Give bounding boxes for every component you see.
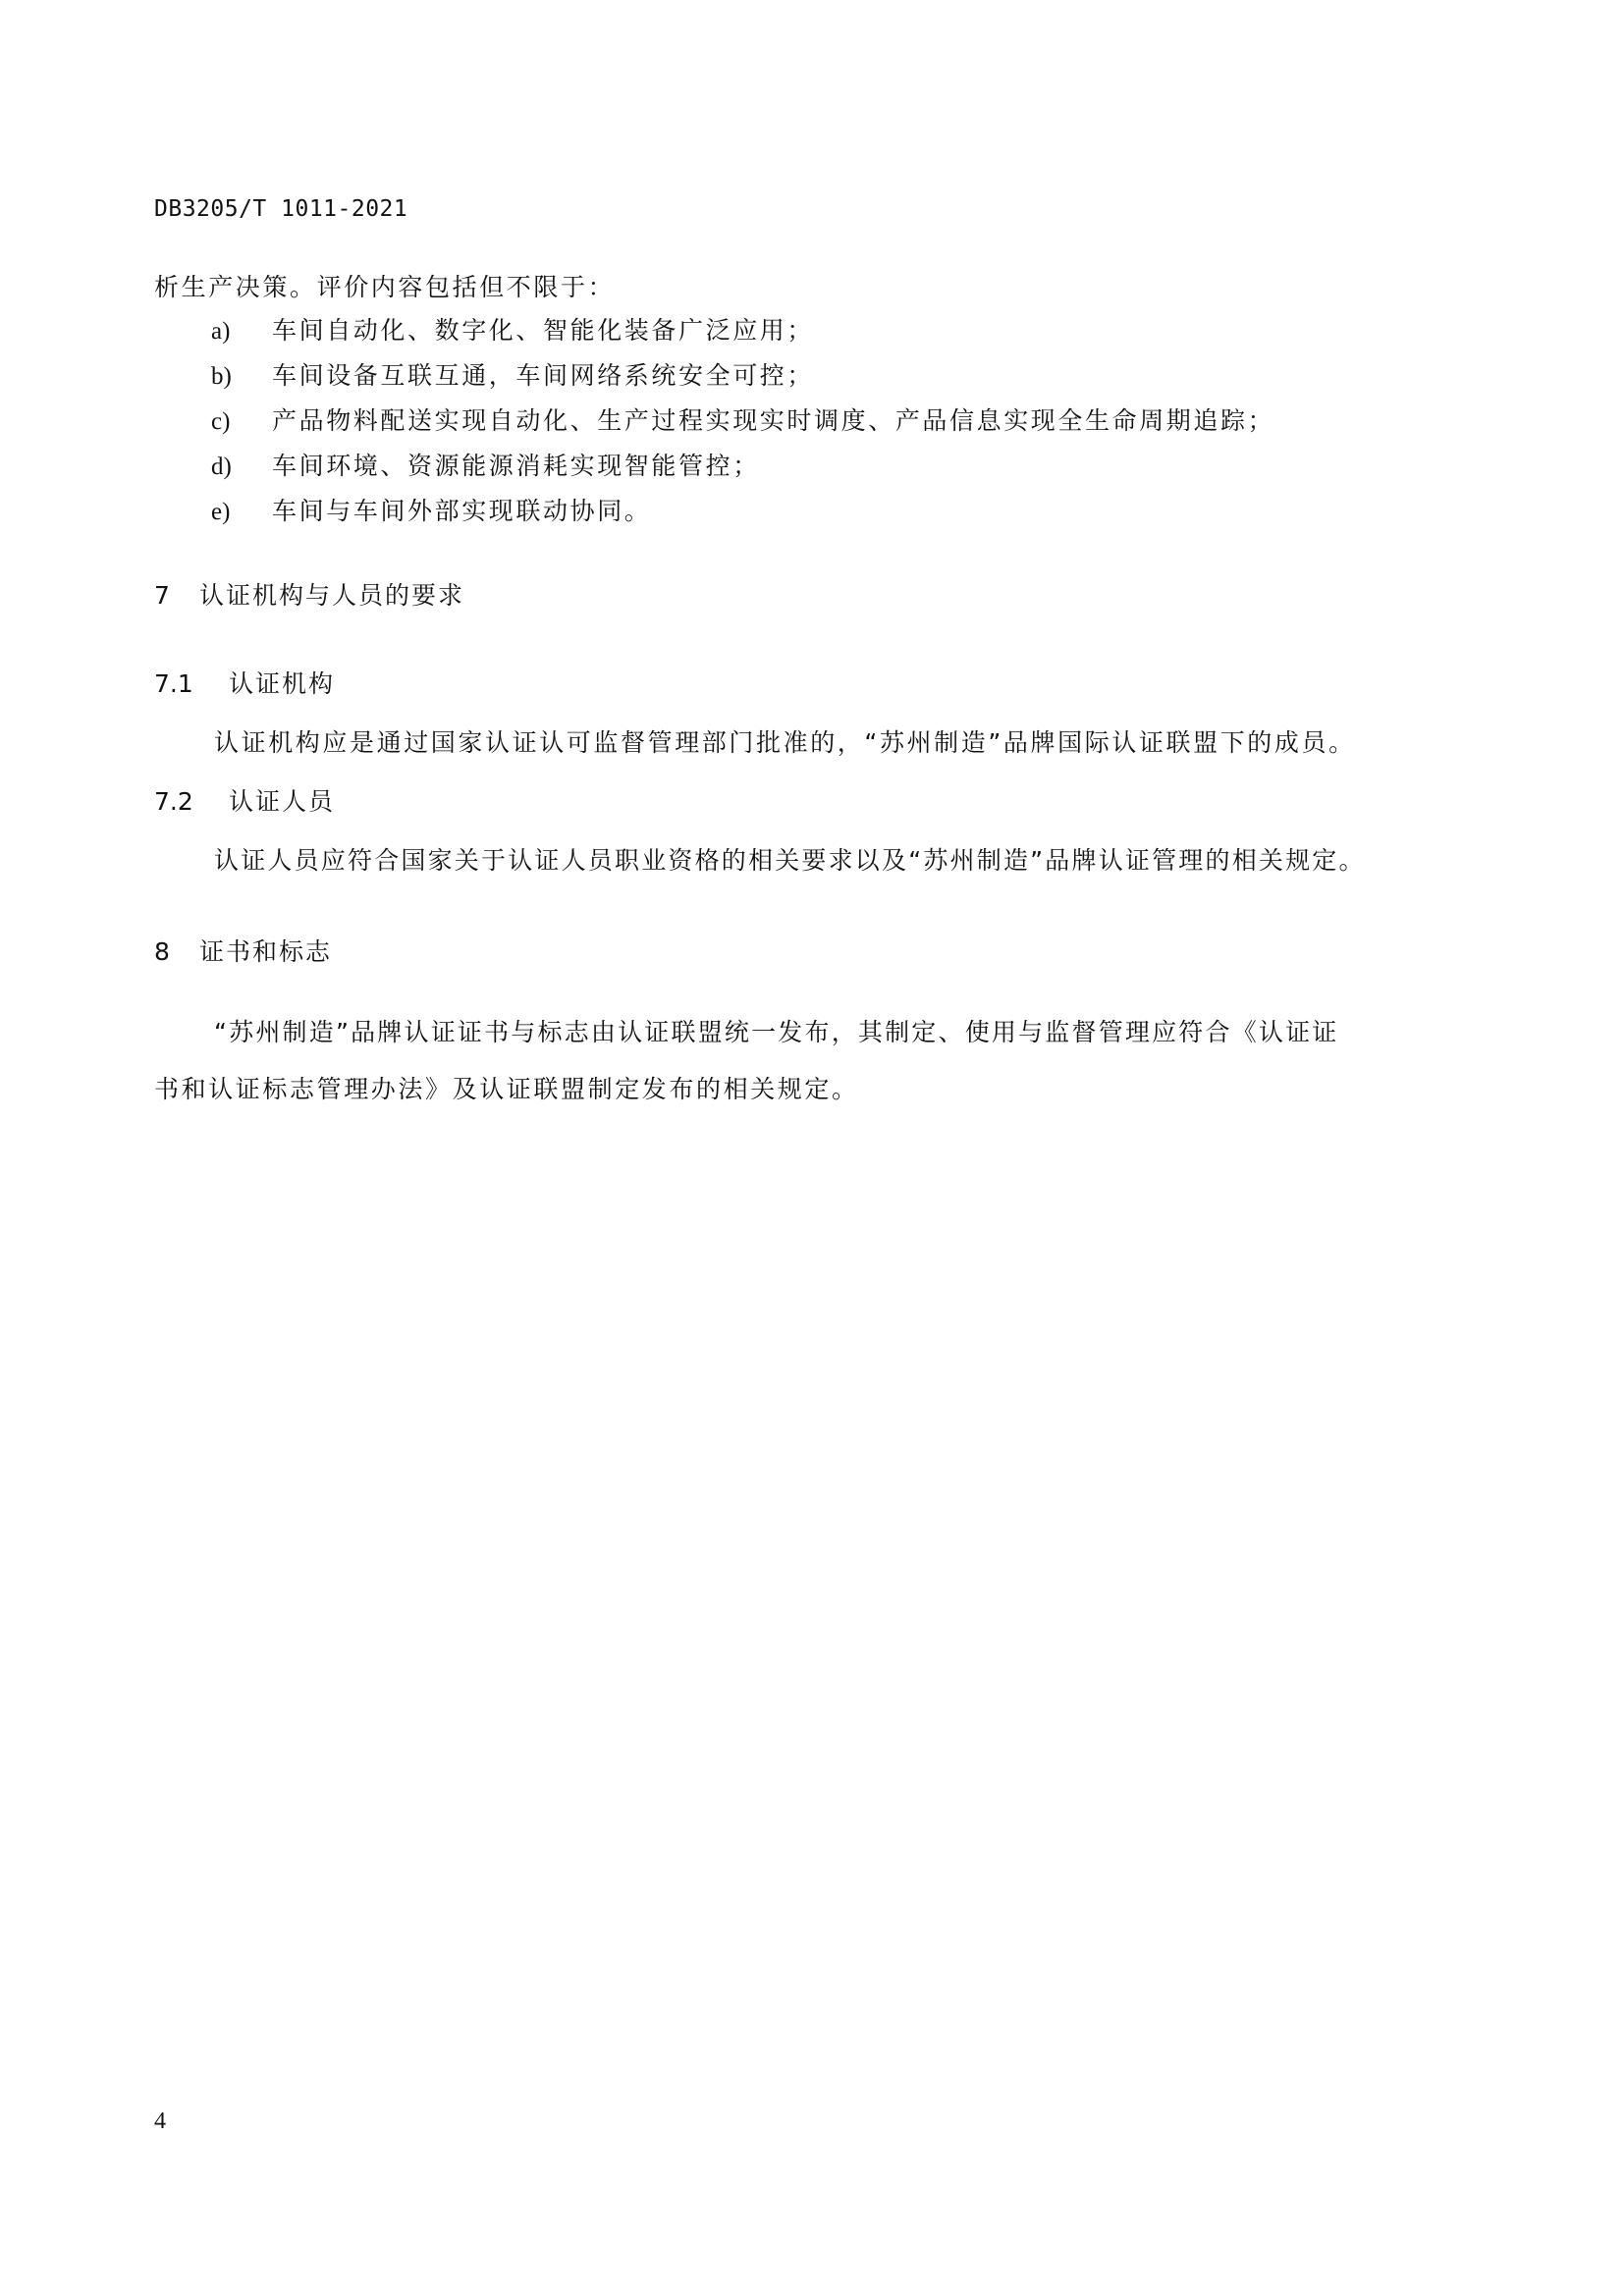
list-item-text: 车间与车间外部实现联动协同。 bbox=[272, 497, 651, 525]
section-7-1-body: 认证机构应是通过国家认证认可监督管理部门批准的，“苏州制造”品牌国际认证联盟下的… bbox=[214, 726, 1356, 760]
list-marker: d) bbox=[211, 451, 272, 484]
section-heading-7-2: 7.2认证人员 bbox=[154, 785, 335, 819]
section-heading-7: 7认证机构与人员的要求 bbox=[154, 579, 464, 613]
standard-code-header: DB3205/T 1011-2021 bbox=[154, 196, 407, 222]
list-item-text: 产品物料配送实现自动化、生产过程实现实时调度、产品信息实现全生命周期追踪； bbox=[272, 406, 1274, 435]
page-number: 4 bbox=[154, 2109, 166, 2135]
list-item-a: a)车间自动化、数字化、智能化装备广泛应用； bbox=[211, 314, 814, 348]
section-number: 7.2 bbox=[154, 785, 229, 819]
list-item-text: 车间自动化、数字化、智能化装备广泛应用； bbox=[272, 316, 814, 345]
list-item-e: e)车间与车间外部实现联动协同。 bbox=[211, 495, 651, 529]
section-heading-7-1: 7.1认证机构 bbox=[154, 667, 335, 701]
list-marker: e) bbox=[211, 496, 272, 529]
section-title: 认证机构与人员的要求 bbox=[199, 581, 464, 610]
section-number: 7 bbox=[154, 579, 199, 613]
list-item-text: 车间环境、资源能源消耗实现智能管控； bbox=[272, 452, 760, 480]
list-item-text: 车间设备互联互通，车间网络系统安全可控； bbox=[272, 361, 814, 390]
list-item-c: c)产品物料配送实现自动化、生产过程实现实时调度、产品信息实现全生命周期追踪； bbox=[211, 404, 1274, 439]
list-marker: c) bbox=[211, 405, 272, 439]
list-marker: b) bbox=[211, 360, 272, 394]
section-8-body-line-2: 书和认证标志管理办法》及认证联盟制定发布的相关规定。 bbox=[154, 1073, 859, 1106]
continuation-paragraph: 析生产决策。评价内容包括但不限于： bbox=[154, 271, 615, 304]
section-heading-8: 8证书和标志 bbox=[154, 935, 332, 969]
list-item-b: b)车间设备互联互通，车间网络系统安全可控； bbox=[211, 359, 814, 394]
document-page: DB3205/T 1011-2021 析生产决策。评价内容包括但不限于： a)车… bbox=[0, 0, 1624, 2296]
list-marker: a) bbox=[211, 315, 272, 348]
section-8-body-line-1: “苏州制造”品牌认证证书与标志由认证联盟统一发布，其制定、使用与监督管理应符合《… bbox=[214, 1016, 1339, 1049]
section-title: 认证人员 bbox=[229, 787, 335, 816]
section-number: 8 bbox=[154, 935, 199, 969]
section-title: 认证机构 bbox=[229, 669, 335, 698]
list-item-d: d)车间环境、资源能源消耗实现智能管控； bbox=[211, 450, 760, 484]
section-number: 7.1 bbox=[154, 667, 229, 701]
section-7-2-body: 认证人员应符合国家关于认证人员职业资格的相关要求以及“苏州制造”品牌认证管理的相… bbox=[214, 844, 1366, 878]
section-title: 证书和标志 bbox=[199, 937, 332, 966]
